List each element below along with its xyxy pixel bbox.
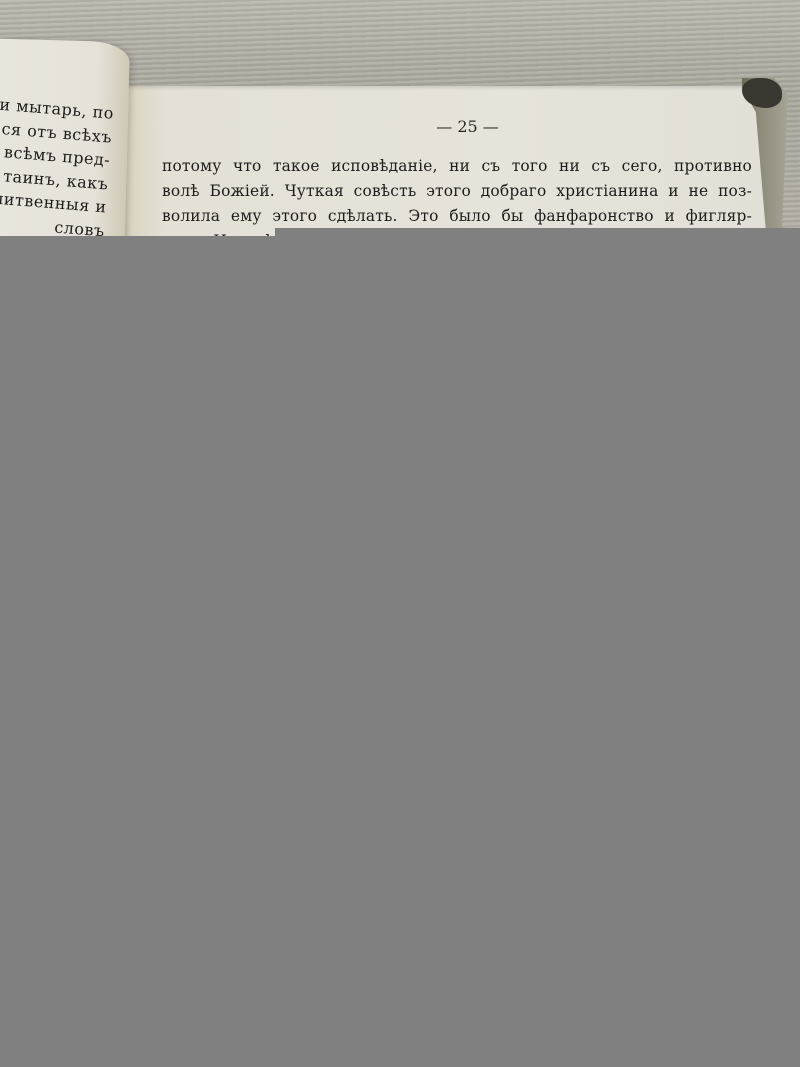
page-number: — 25 —	[125, 117, 770, 136]
page-body-text: потому что такое исповѣданіе, ни съ того…	[162, 154, 752, 236]
text-line: волила ему этого сдѣлать. Это было бы фа…	[162, 204, 752, 229]
left-page: и мытарь, по ся отъ всѣхъ всѣмъ пред- . …	[0, 38, 130, 236]
text-line: волѣ Божіей. Чуткая совѣсть этого добраг…	[162, 179, 752, 204]
left-page-text: и мытарь, по ся отъ всѣхъ всѣмъ пред- . …	[0, 93, 114, 236]
redaction-block	[0, 237, 800, 1067]
text-line: потому что такое исповѣданіе, ни съ того…	[162, 154, 752, 179]
book-photo: — 25 — потому что такое исповѣданіе, ни …	[0, 0, 800, 236]
right-page: — 25 — потому что такое исповѣданіе, ни …	[125, 86, 770, 236]
